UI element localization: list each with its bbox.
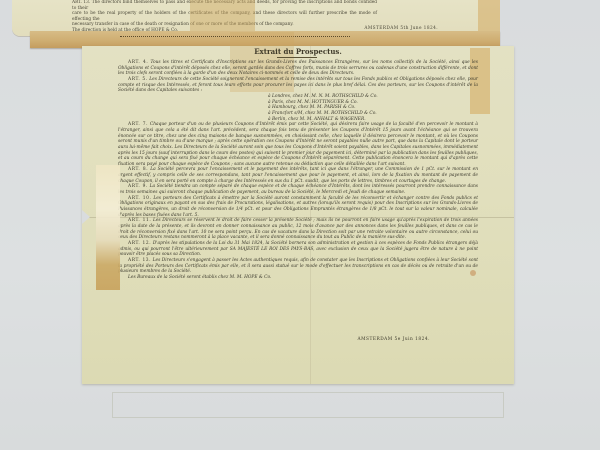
main-signoff: AMSTERDAM 5e Juin 1824. bbox=[358, 337, 430, 342]
article-13: ART. 13. Les Directeurs s'engagent à pas… bbox=[118, 258, 478, 275]
article-11: ART. 11. Les Directeurs se réservent le … bbox=[118, 218, 478, 241]
article-5: ART. 5. Les Directeurs de cette Société … bbox=[118, 77, 478, 94]
article-4: ART. 4. Tous les titres et Certificats d… bbox=[118, 60, 478, 77]
article-9: ART. 9. La Société tiendra un compte sép… bbox=[118, 184, 478, 195]
article-8: ART. 8. La Société percevra pour l'encai… bbox=[118, 167, 478, 184]
closing-line: Les Bureaux de la Société seront établis… bbox=[118, 275, 478, 281]
fold-crease bbox=[82, 217, 514, 218]
photo-background: ART. 13. The directors bind themselves t… bbox=[0, 0, 600, 450]
repair-tape bbox=[96, 165, 120, 290]
fold-crease bbox=[310, 46, 311, 384]
article-7: ART. 7. Chaque porteur d'un ou de plusie… bbox=[118, 122, 478, 167]
address-list: à Londres, chez M. M. N. M. ROTHSCHILD &… bbox=[118, 94, 478, 122]
article-12: ART. 12. D'après les stipulations de la … bbox=[118, 241, 478, 258]
main-sheet: Extrait du Prospectus. ART. 4. Tous les … bbox=[82, 46, 514, 384]
page-title: Extrait du Prospectus. bbox=[82, 47, 514, 56]
title-rule bbox=[277, 57, 317, 59]
bleed-through-box bbox=[112, 392, 504, 418]
prospectus-body: ART. 4. Tous les titres et Certificats d… bbox=[118, 60, 478, 281]
foxing-stain bbox=[470, 270, 476, 276]
article-10: ART. 10. Les porteurs des Certificats à … bbox=[118, 196, 478, 219]
